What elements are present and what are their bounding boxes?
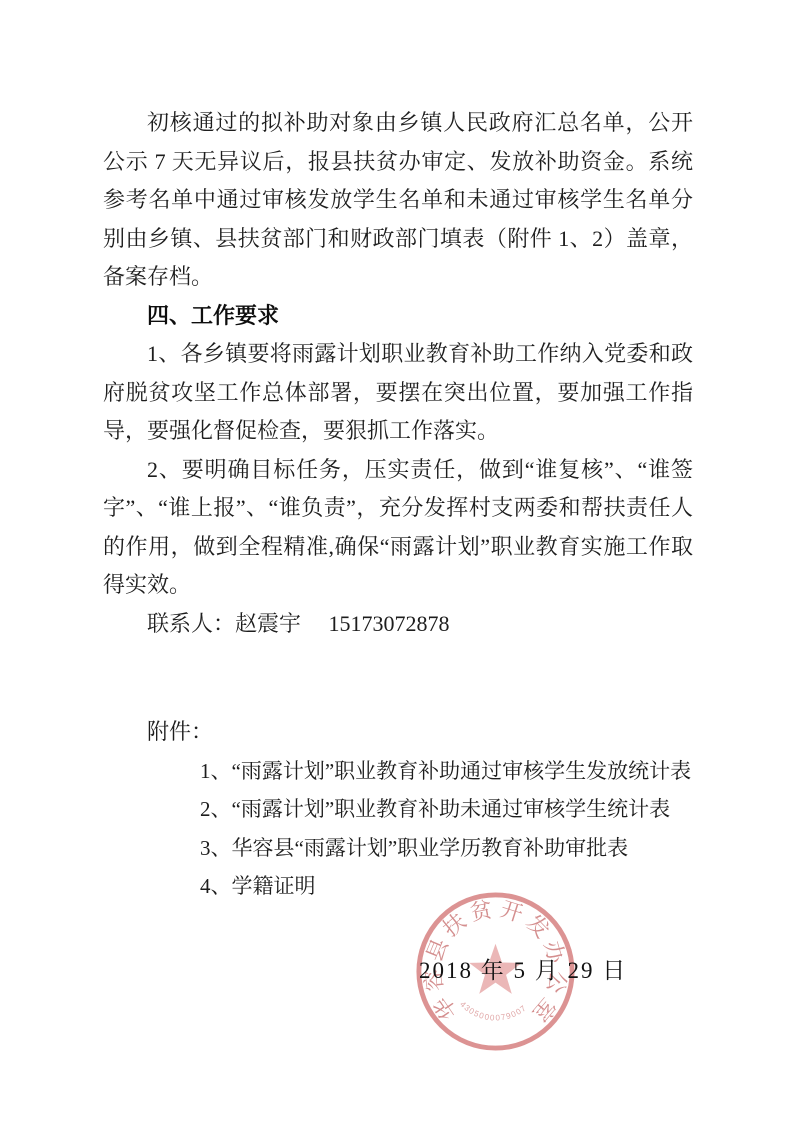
attachment-item-1: 1、“雨露计划”职业教育补助通过审核学生发放统计表 — [103, 752, 693, 791]
attachment-item-2: 2、“雨露计划”职业教育补助未通过审核学生统计表 — [103, 790, 693, 829]
contact-line: 联系人：赵震宇 15173072878 — [103, 605, 693, 644]
attachments-label: 附件： — [103, 713, 693, 752]
attachment-item-3: 3、华容县“雨露计划”职业学历教育补助审批表 — [103, 829, 693, 868]
document-page: 初核通过的拟补助对象由乡镇人民政府汇总名单，公开公示 7 天无异议后，报县扶贫办… — [0, 0, 793, 1122]
seal-code-holder: 4305000079007 — [458, 1000, 528, 1023]
intro-paragraph: 初核通过的拟补助对象由乡镇人民政府汇总名单，公开公示 7 天无异议后，报县扶贫办… — [103, 104, 693, 297]
date-line: 2018 年 5 月 29 日 — [419, 956, 627, 986]
section-heading: 四、工作要求 — [103, 297, 693, 336]
requirement-item-2: 2、要明确目标任务，压实责任，做到“谁复核”、“谁签字”、“谁上报”、“谁负责”… — [103, 451, 693, 605]
seal-code: 4305000079007 — [458, 1000, 528, 1023]
attachments-section: 附件： 1、“雨露计划”职业教育补助通过审核学生发放统计表 2、“雨露计划”职业… — [103, 713, 693, 906]
document-body: 初核通过的拟补助对象由乡镇人民政府汇总名单，公开公示 7 天无异议后，报县扶贫办… — [103, 104, 693, 906]
attachment-item-4: 4、学籍证明 — [103, 867, 693, 906]
requirement-item-1: 1、各乡镇要将雨露计划职业教育补助工作纳入党委和政府脱贫攻坚工作总体部署，要摆在… — [103, 335, 693, 451]
